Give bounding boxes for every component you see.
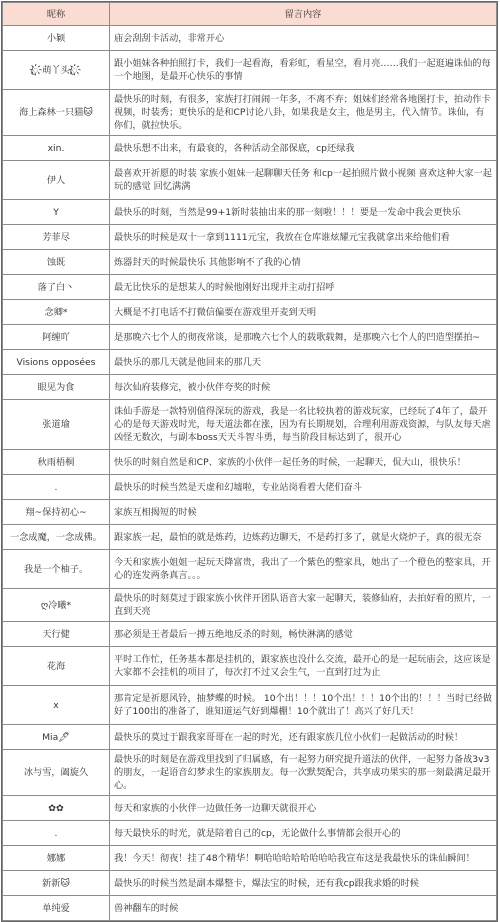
message-cell: 我！今天！彻夜！挂了48个精华！啊哈哈哈哈哈哈哈哈我宣布这是我最快乐的诛仙瞬间！ (110, 846, 497, 871)
nickname-cell: xin. (3, 136, 110, 161)
nickname-cell: Y (3, 200, 110, 225)
nickname-cell: . (3, 821, 110, 846)
message-cell: 每天最快乐的时光，就是陪着自己的cp，无论做什么事情都会很开心的 (110, 821, 497, 846)
nickname-cell: 天行健 (3, 622, 110, 647)
table-row: 娜娜我！今天！彻夜！挂了48个精华！啊哈哈哈哈哈哈哈哈我宣布这是我最快乐的诛仙瞬… (3, 846, 497, 871)
table-body: 小颖庙会刮刮卡活动，非常开心ꦿ҉萌丫头ꦿ҉跟小姐妹各种拍照打卡，我们一起看海，看… (3, 26, 497, 896)
table-row: 芳菲尽最快乐的时候是双十一拿到1111元宝，我放在仓库谁炫耀元宝我就拿出来给他们… (3, 225, 497, 250)
nickname-cell: 小颖 (3, 26, 110, 51)
message-cell: 最快乐的时候当然是副本爆整卡，爆法宝的时候，还有我cp跟我求婚的时候 (110, 871, 497, 896)
nickname-cell: Mia🖊 (3, 725, 110, 750)
message-cell: 最快乐的时候当然是天虚和幻墟啦，专业站岗看着大佬们奋斗 (110, 475, 497, 500)
nickname-cell: 娜娜 (3, 846, 110, 871)
message-cell: 家族互相揭短的时候 (110, 500, 497, 525)
table-row: xin.最快乐想不出来，有最衰的，各种活动全部保底，cp还绿我 (3, 136, 497, 161)
nickname-cell: 一念成魔，一念成佛。 (3, 525, 110, 550)
message-table-container: 昵称 留言内容 小颖庙会刮刮卡活动，非常开心ꦿ҉萌丫头ꦿ҉跟小姐妹各种拍照打卡，… (1, 1, 498, 895)
table-row: 秋雨梧桐快乐的时刻自然是和CP、家族的小伙伴一起任务的时候，一起聊天，侃大山，很… (3, 450, 497, 475)
nickname-cell: 落了白丶 (3, 275, 110, 300)
nickname-cell: 伊人 (3, 161, 110, 200)
table-header-row: 昵称 留言内容 (3, 3, 497, 26)
nickname-cell: 新新🐱 (3, 871, 110, 896)
nickname-cell: 秋雨梧桐 (3, 450, 110, 475)
table-row: ✿✿每天和家族的小伙伴一边做任务一边聊天就很开心 (3, 796, 497, 821)
message-cell: 庙会刮刮卡活动，非常开心 (110, 26, 497, 51)
table-row: x那肯定是祈愿风铃，抽梦蝶的时候。 10个出！！！10个出！！！10个出的！！！… (3, 686, 497, 725)
nickname-cell: 冰与雪，阖旋久 (3, 750, 110, 796)
table-row: .最快乐的时候当然是天虚和幻墟啦，专业站岗看着大佬们奋斗 (3, 475, 497, 500)
message-cell: 最快乐的莫过于跟我家哥哥在一起的时光，还有跟家族几位小伙们一起做活动的时候！ (110, 725, 497, 750)
nickname-cell: 花海 (3, 647, 110, 686)
table-row: .每天最快乐的时光，就是陪着自己的cp，无论做什么事情都会很开心的 (3, 821, 497, 846)
message-cell: 那肯定是祈愿风铃，抽梦蝶的时候。 10个出！！！10个出！！！10个出的！！！当… (110, 686, 497, 725)
nickname-cell: 蚀既 (3, 250, 110, 275)
nickname-cell: 眼见为食 (3, 375, 110, 400)
message-cell: 最快乐的时刻，有很多，家族打打闹闹一年多，不离不弃；姐妹们经常各地图打卡，拍动作… (110, 90, 497, 136)
table-row: 张道瑜诛仙手游是一款特别值得深玩的游戏，我是一名比较执着的游戏玩家，已经玩了4年… (3, 400, 497, 450)
nickname-cell: ꦿ҉萌丫头ꦿ҉ (3, 51, 110, 90)
nickname-cell: 海上森林一只猫🐱 (3, 90, 110, 136)
table-row: 我是一个柚子。今天和家族小姐姐一起玩天降富贵，我出了一个紫色的整家具，她出了一个… (3, 550, 497, 589)
message-cell: 最快乐的那几天就是他回来的那几天 (110, 350, 497, 375)
table-row: 伊人最喜欢开祈愿的时装 家族小姐妹一起聊聊天任务 和cp一起拍照片做小视频 喜欢… (3, 161, 497, 200)
message-cell: 炼器封天的时候最快乐 其他影响不了我的心情 (110, 250, 497, 275)
table-row: 念卿*大概是不打电话不打微信偏要在游戏里开麦到天明 (3, 300, 497, 325)
nickname-cell: 念卿* (3, 300, 110, 325)
nickname-cell: 翔~保持初心~ (3, 500, 110, 525)
table-row: 阿缠吖是那晚六七个人的彻夜常谈，是那晚六七个人的载歌载舞，是那晚六七个人的凹造型… (3, 325, 497, 350)
table-row: 冰与雪，阖旋久最快乐的时刻是在游戏里找到了归属感，有一起努力研究提升道法的伙伴，… (3, 750, 497, 796)
message-cell: 快乐的时刻自然是和CP、家族的小伙伴一起任务的时候，一起聊天，侃大山，很快乐！ (110, 450, 497, 475)
message-cell: 最无比快乐的是想某人的时候他刚好出现并主动打招呼 (110, 275, 497, 300)
message-cell: 是那晚六七个人的彻夜常谈，是那晚六七个人的载歌载舞，是那晚六七个人的凹造型摆拍~ (110, 325, 497, 350)
table-row: 眼见为食每次仙府装修完，被小伙伴夸奖的时候 (3, 375, 497, 400)
message-cell: 最快乐的时刻莫过于跟家族小伙伴开团队语音大家一起聊天，装修仙府，去拍好看的照片，… (110, 589, 497, 622)
table-row: ꦿ҉萌丫头ꦿ҉跟小姐妹各种拍照打卡，我们一起看海，看彩虹，看星空，看月亮……我们… (3, 51, 497, 90)
message-cell: 诛仙手游是一款特别值得深玩的游戏，我是一名比较执着的游戏玩家，已经玩了4年了，最… (110, 400, 497, 450)
nickname-cell: 张道瑜 (3, 400, 110, 450)
nickname-cell: ღ冷曦* (3, 589, 110, 622)
table-row: Y最快乐的时刻，当然是99+1新时装抽出来的那一刻啦！！！要是一发命中我会更快乐 (3, 200, 497, 225)
message-cell: 最快乐的时刻是在游戏里找到了归属感，有一起努力研究提升道法的伙伴，一起努力备战3… (110, 750, 497, 796)
message-cell: 最快乐想不出来，有最衰的，各种活动全部保底，cp还绿我 (110, 136, 497, 161)
table-row: Visions opposées最快乐的那几天就是他回来的那几天 (3, 350, 497, 375)
message-cell: 平时工作忙，任务基本都是挂机的，跟家族也没什么交流，最开心的是一起玩庙会，这应该… (110, 647, 497, 686)
message-cell: 跟家族一起，最怕的就是炼药，边炼药边聊天，不是药打多了，就是火烧炉子，真的很无奈 (110, 525, 497, 550)
nickname-cell: ✿✿ (3, 796, 110, 821)
message-cell: 每次仙府装修完，被小伙伴夸奖的时候 (110, 375, 497, 400)
table-row: 海上森林一只猫🐱最快乐的时刻，有很多，家族打打闹闹一年多，不离不弃；姐妹们经常各… (3, 90, 497, 136)
nickname-cell: 阿缠吖 (3, 325, 110, 350)
message-cell: 那必须是王者最后一搏五绝地反杀的时刻，畅快淋漓的感觉 (110, 622, 497, 647)
nickname-cell: 我是一个柚子。 (3, 550, 110, 589)
message-cell: 最喜欢开祈愿的时装 家族小姐妹一起聊聊天任务 和cp一起拍照片做小视频 喜欢这种… (110, 161, 497, 200)
table-row: 天行健那必须是王者最后一搏五绝地反杀的时刻，畅快淋漓的感觉 (3, 622, 497, 647)
message-cell: 最快乐的时候是双十一拿到1111元宝，我放在仓库谁炫耀元宝我就拿出来给他们看 (110, 225, 497, 250)
nickname-cell: 芳菲尽 (3, 225, 110, 250)
table-row: 翔~保持初心~家族互相揭短的时候 (3, 500, 497, 525)
nickname-cell: Visions opposées (3, 350, 110, 375)
table-row: 小颖庙会刮刮卡活动，非常开心 (3, 26, 497, 51)
table-row: 花海平时工作忙，任务基本都是挂机的，跟家族也没什么交流，最开心的是一起玩庙会，这… (3, 647, 497, 686)
header-message: 留言内容 (110, 3, 497, 26)
message-cell: 每天和家族的小伙伴一边做任务一边聊天就很开心 (110, 796, 497, 821)
table-row: 蚀既炼器封天的时候最快乐 其他影响不了我的心情 (3, 250, 497, 275)
table-row: 落了白丶最无比快乐的是想某人的时候他刚好出现并主动打招呼 (3, 275, 497, 300)
message-table: 昵称 留言内容 小颖庙会刮刮卡活动，非常开心ꦿ҉萌丫头ꦿ҉跟小姐妹各种拍照打卡，… (2, 2, 497, 895)
message-cell: 最快乐的时刻，当然是99+1新时装抽出来的那一刻啦！！！要是一发命中我会更快乐 (110, 200, 497, 225)
table-row: Mia🖊最快乐的莫过于跟我家哥哥在一起的时光，还有跟家族几位小伙们一起做活动的时… (3, 725, 497, 750)
table-row: 一念成魔，一念成佛。跟家族一起，最怕的就是炼药，边炼药边聊天，不是药打多了，就是… (3, 525, 497, 550)
message-cell: 今天和家族小姐姐一起玩天降富贵，我出了一个紫色的整家具，她出了一个橙色的整家具，… (110, 550, 497, 589)
table-row: 新新🐱最快乐的时候当然是副本爆整卡，爆法宝的时候，还有我cp跟我求婚的时候 (3, 871, 497, 896)
nickname-cell: x (3, 686, 110, 725)
message-cell: 跟小姐妹各种拍照打卡，我们一起看海，看彩虹，看星空，看月亮……我们一起逛遍诛仙的… (110, 51, 497, 90)
nickname-cell: . (3, 475, 110, 500)
table-row: ღ冷曦*最快乐的时刻莫过于跟家族小伙伴开团队语音大家一起聊天，装修仙府，去拍好看… (3, 589, 497, 622)
header-nickname: 昵称 (3, 3, 110, 26)
message-cell: 大概是不打电话不打微信偏要在游戏里开麦到天明 (110, 300, 497, 325)
